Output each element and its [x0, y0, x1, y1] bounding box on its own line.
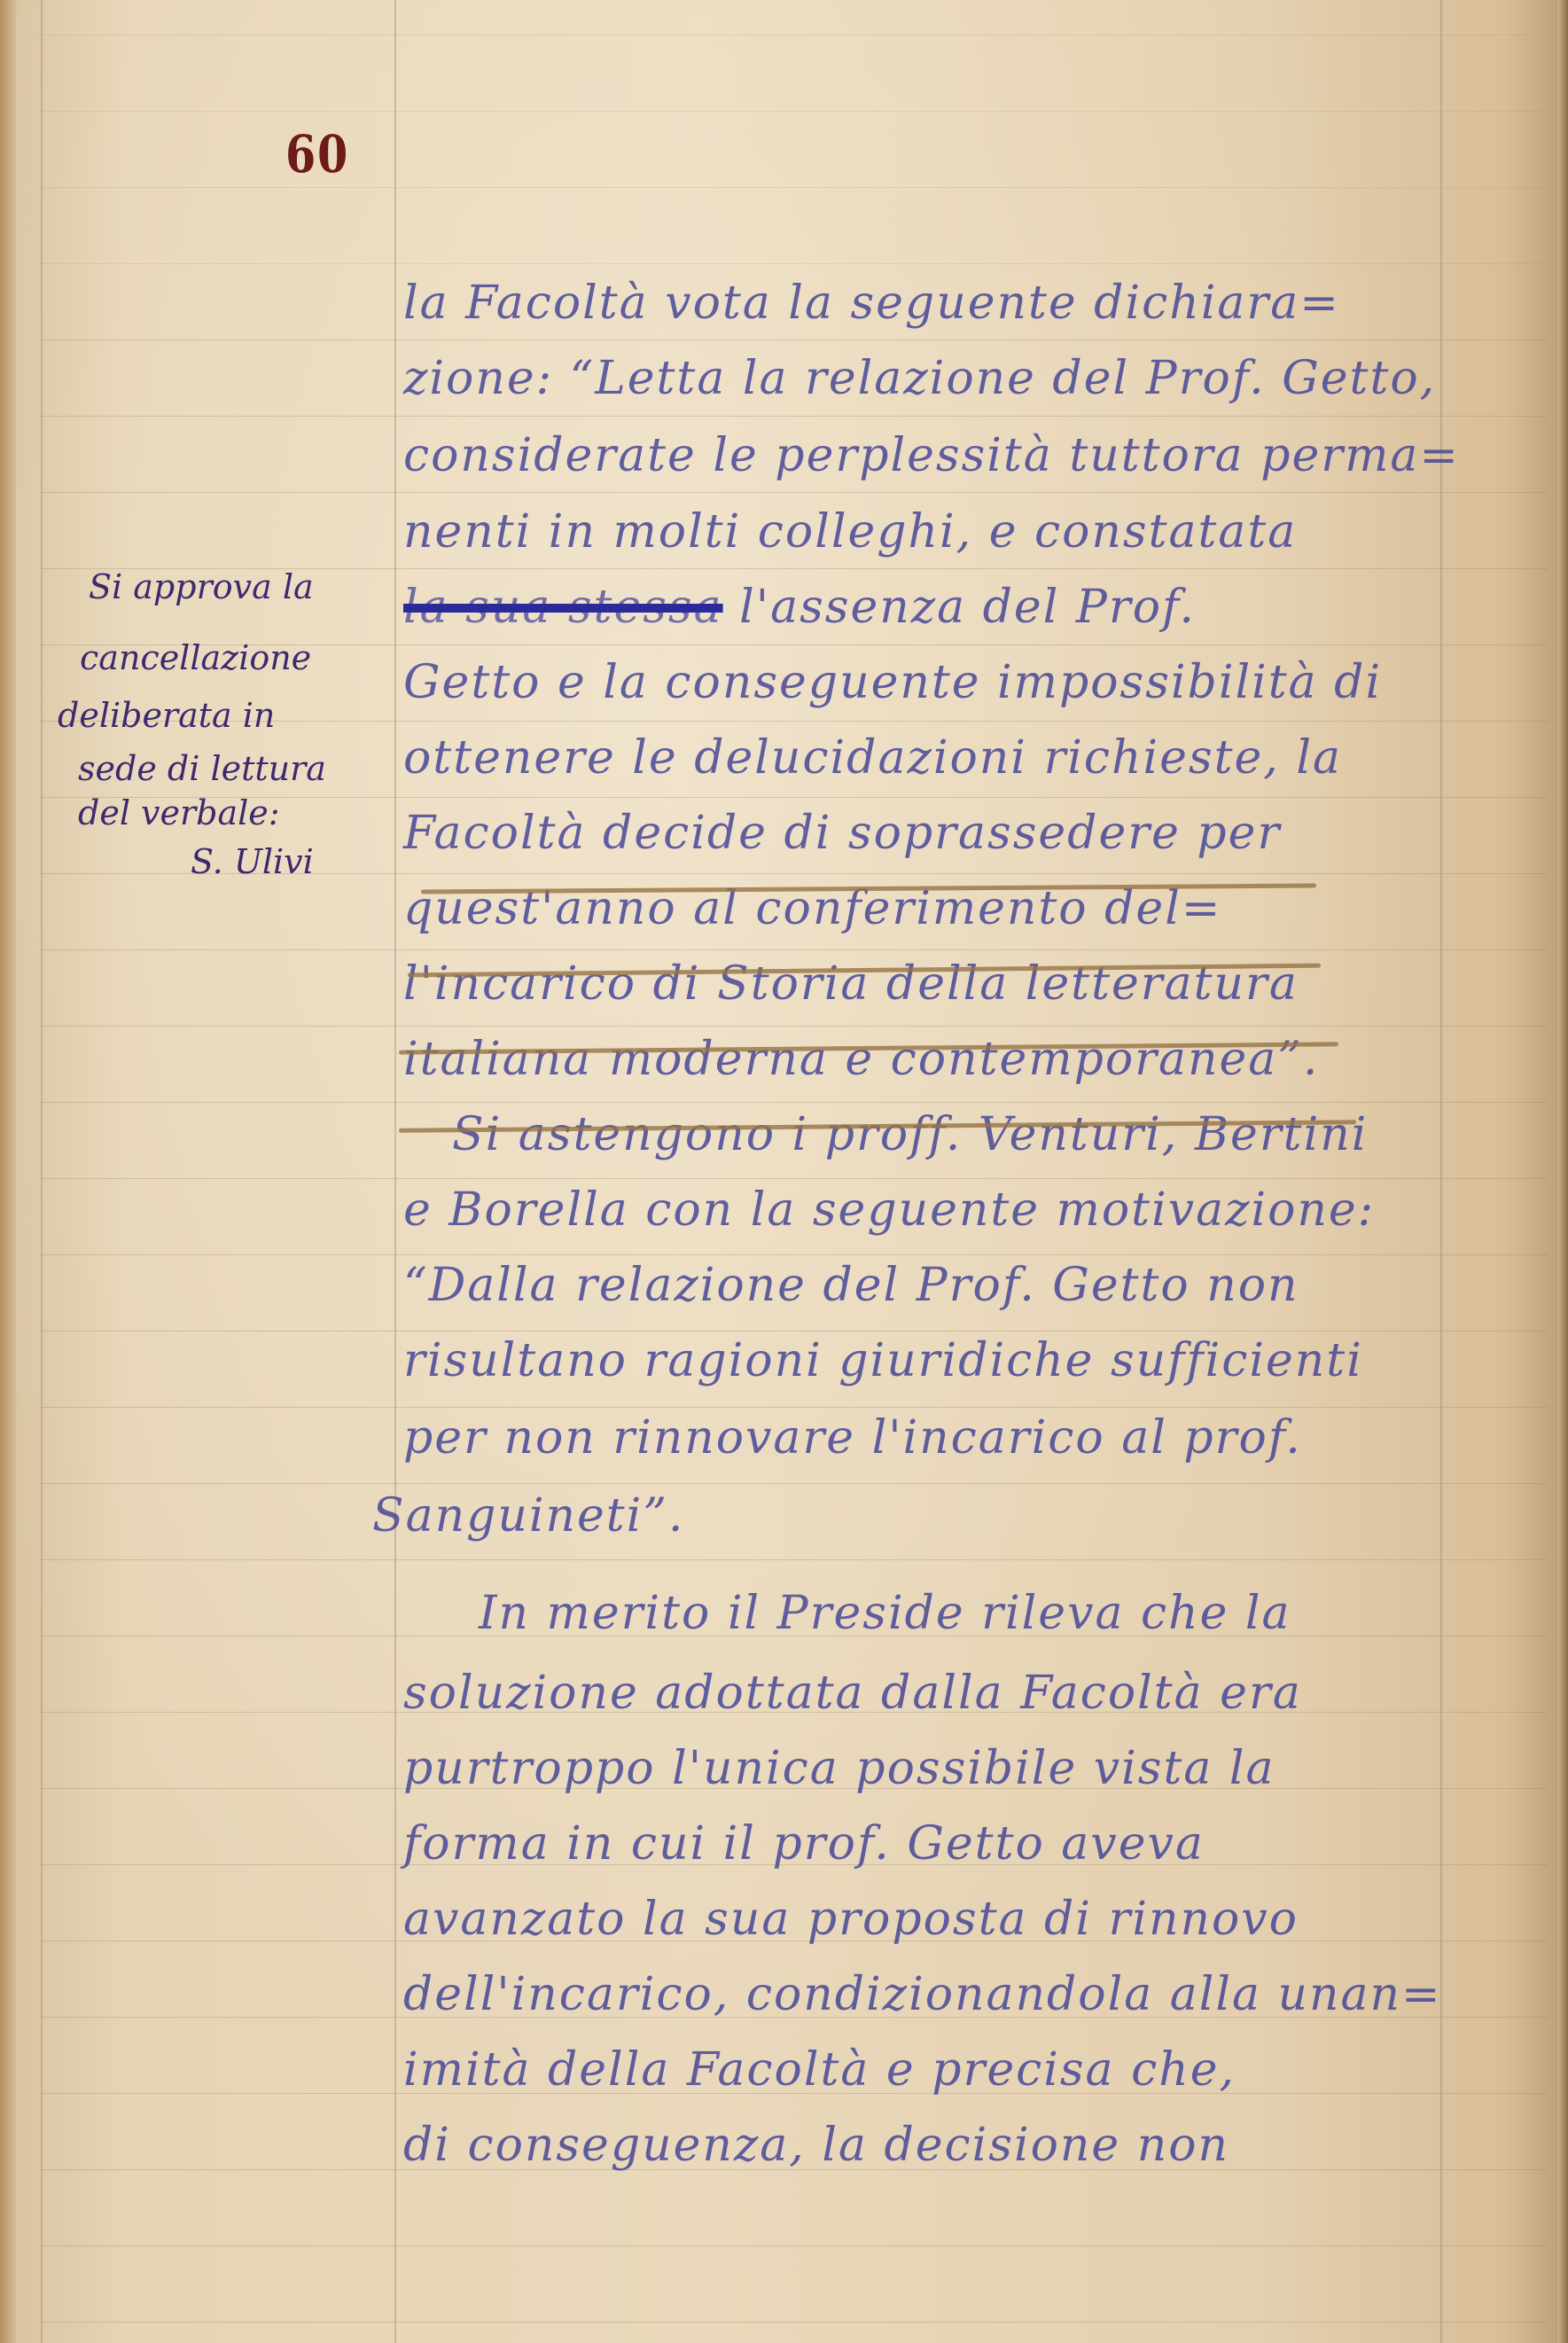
text-line: zione: “Letta la relazione del Prof. Get…	[403, 352, 1436, 405]
ruled-line	[41, 1559, 1548, 1560]
text-line: per non rinnovare l'incarico al prof.	[403, 1411, 1302, 1464]
text-line: considerate le perplessità tuttora perma…	[403, 429, 1460, 482]
ruled-line	[41, 187, 1548, 188]
ruled-line	[41, 1254, 1548, 1255]
text-margin-rule	[394, 0, 396, 2343]
ruled-line	[41, 111, 1548, 112]
ruled-line	[41, 2245, 1548, 2246]
text-line: avanzato la sua proposta di rinnovo	[403, 1893, 1299, 1946]
text-line: ottenere le delucidazioni richieste, la	[403, 731, 1342, 785]
margin-note-line: deliberata in	[58, 696, 275, 735]
ruled-line	[41, 35, 1548, 35]
text-line: soluzione adottata dalla Facoltà era	[403, 1667, 1302, 1720]
page-right-edge	[1557, 0, 1568, 2343]
text-line: Facoltà decide di soprassedere per	[403, 807, 1281, 860]
margin-note-line: sede di lettura	[78, 749, 326, 788]
margin-signature: S. Ulivi	[191, 842, 314, 881]
crossed-out-text: la sua stessa	[403, 581, 723, 634]
notebook-page: ​ 60 Si approva la cancellazione deliber…	[0, 0, 1568, 2343]
text-line: forma in cui il prof. Getto aveva	[403, 1817, 1205, 1870]
text-line: la Facoltà vota la seguente dichiara=	[403, 277, 1340, 330]
text-line-with-strikethrough: la sua stessa l'assenza del Prof.	[403, 581, 1196, 634]
text-line: Getto e la conseguente impossibilità di	[403, 656, 1382, 709]
margin-note-line: del verbale:	[78, 793, 280, 832]
text-line: In merito il Preside rileva che la	[479, 1587, 1291, 1640]
margin-note-line: cancellazione	[80, 638, 311, 677]
ruled-line	[41, 492, 1548, 493]
left-margin-rule	[41, 0, 43, 2343]
ruled-line	[41, 1407, 1548, 1408]
text-line: purtroppo l'unica possibile vista la	[403, 1742, 1275, 1795]
text-line: di conseguenza, la decisione non	[403, 2119, 1229, 2172]
ruled-line	[41, 1026, 1548, 1027]
ruled-line	[41, 1483, 1548, 1484]
text-line: dell'incarico, condizionandola alla unan…	[403, 1968, 1442, 2021]
page-number: 60	[285, 124, 349, 184]
binding-edge	[0, 0, 16, 2343]
ruled-line	[41, 340, 1548, 340]
text-line: imità della Facoltà e precisa che,	[403, 2043, 1236, 2097]
ruled-line	[41, 949, 1548, 950]
ruled-line	[41, 1331, 1548, 1332]
ruled-line	[41, 1102, 1548, 1103]
text-line: risultano ragioni giuridiche sufficienti	[403, 1334, 1363, 1387]
ruled-line	[41, 263, 1548, 264]
margin-note-line: Si approva la	[89, 567, 314, 606]
text-line: italiana moderna e contemporanea”.	[403, 1033, 1319, 1086]
text-after-strike: l'assenza del Prof.	[739, 581, 1196, 634]
ruled-line	[41, 1178, 1548, 1179]
ruled-line	[41, 2322, 1548, 2323]
text-line: e Borella con la seguente motivazione:	[403, 1183, 1375, 1237]
text-line: nenti in molti colleghi, e constatata	[403, 505, 1297, 558]
text-line: Sanguineti”.	[372, 1489, 684, 1542]
ruled-line	[41, 416, 1548, 417]
text-line: “Dalla relazione del Prof. Getto non	[403, 1259, 1299, 1312]
text-line: Si astengono i proff. Venturi, Bertini	[452, 1108, 1368, 1161]
